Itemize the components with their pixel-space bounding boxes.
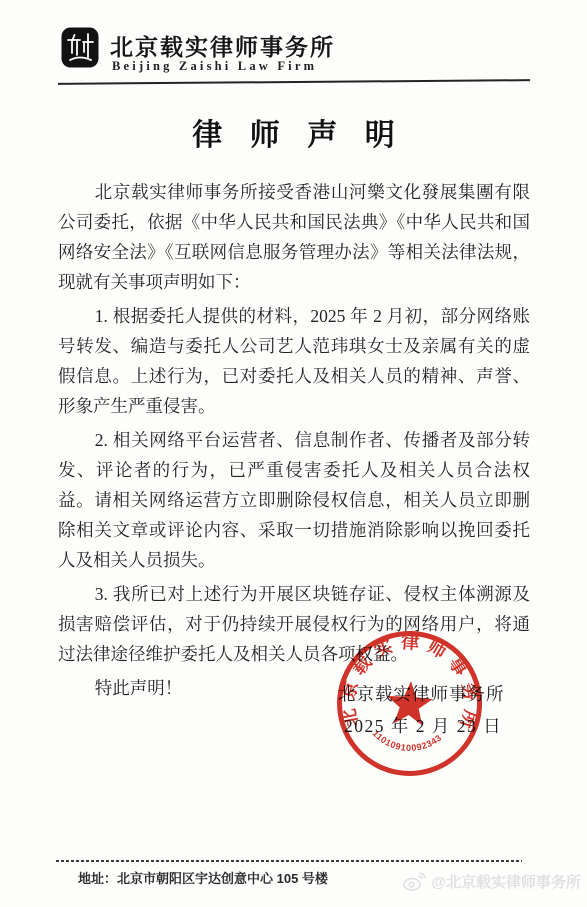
watermark-text: @北京载实律师事务所 <box>431 871 581 892</box>
seal-stamp-icon: 北京载实律师事务所 11010910092343 <box>327 621 494 788</box>
seal-registration-number: 11010910092343 <box>370 728 445 756</box>
paragraph-item-2: 2. 相关网络平台运营者、信息制作者、传播者及部分转发、评论者的行为，已严重侵害… <box>58 425 530 575</box>
weibo-watermark: @北京载实律师事务所 <box>402 871 581 892</box>
law-firm-logo <box>61 27 99 73</box>
seal-star-icon <box>385 679 434 725</box>
svg-text:11010910092343: 11010910092343 <box>370 728 445 756</box>
footer-divider <box>56 860 522 862</box>
weibo-icon <box>402 872 426 892</box>
paragraph-item-1: 1. 根据委托人提供的材料，2025 年 2 月初，部分网络账号转发、编造与委托… <box>58 301 530 421</box>
zaishi-logo-icon <box>61 27 99 68</box>
document-title: 律 师 声 明 <box>0 110 587 154</box>
statement-body: 北京载实律师事务所接受香港山河樂文化發展集團有限公司委托，依据《中华人民共和国民… <box>58 177 530 707</box>
paragraph-intro: 北京载实律师事务所接受香港山河樂文化發展集團有限公司委托，依据《中华人民共和国民… <box>58 177 530 297</box>
header-divider <box>58 79 530 85</box>
law-firm-statement-document: 北京载实律师事务所 Beijing Zaishi Law Firm 律 师 声 … <box>0 0 587 907</box>
official-red-seal: 北京载实律师事务所 11010910092343 <box>327 621 494 788</box>
footer-address: 地址：北京市朝阳区宇达创意中心 105 号楼 <box>78 868 328 887</box>
firm-name-chinese: 北京载实律师事务所 <box>110 29 335 62</box>
firm-name-english: Beijing Zaishi Law Firm <box>112 59 317 74</box>
